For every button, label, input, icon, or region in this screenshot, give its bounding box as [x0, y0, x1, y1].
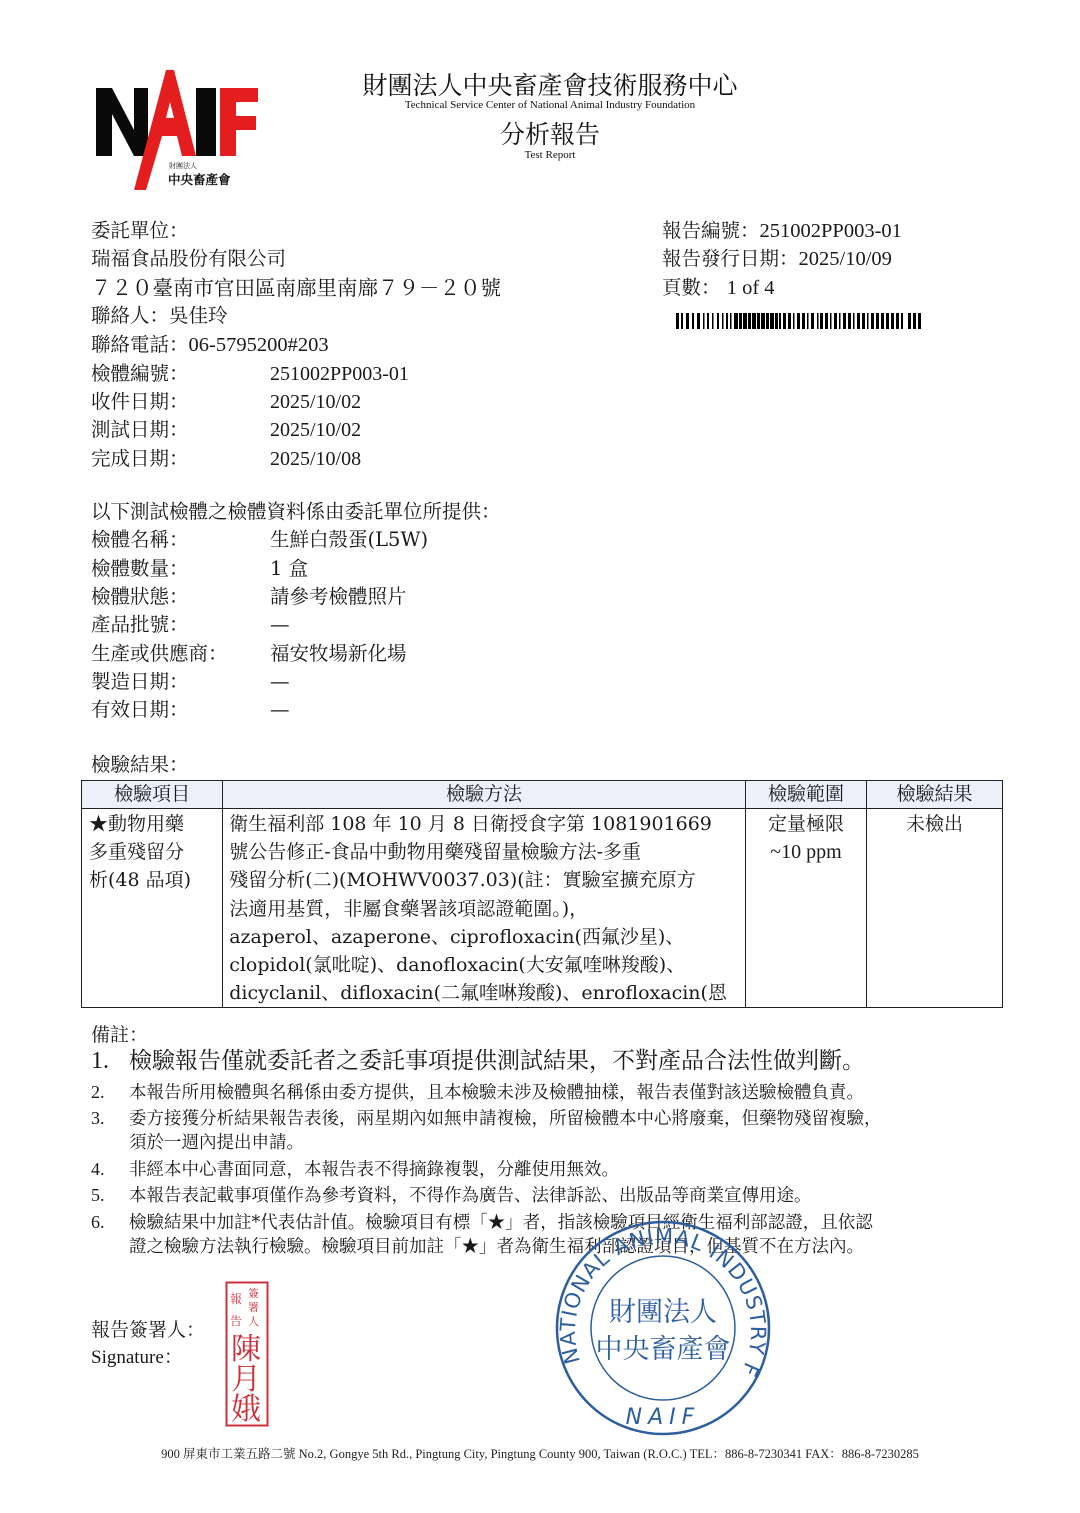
method-line: 殘留分析(二)(MOHWV0037.03)(註：實驗室擴充原方: [229, 866, 739, 894]
cell-result: 未檢出: [867, 809, 1003, 1008]
provided-field: 檢體數量： 1 盒: [91, 555, 591, 583]
method-line: clopidol(氯吡啶)、danofloxacin(大安氟喹啉羧酸)、: [229, 951, 739, 979]
contact-label: 聯絡人：: [91, 304, 169, 327]
provided-field-value: 1 盒: [270, 555, 308, 583]
svg-text:NAIF: NAIF: [626, 1405, 701, 1430]
sample-info-label: 測試日期：: [91, 418, 189, 441]
svg-text:報: 報: [230, 1291, 242, 1306]
report-pages: 頁數： 1 of 4: [662, 274, 775, 302]
client-company: 瑞福食品股份有限公司: [91, 245, 286, 273]
provided-field: 生產或供應商： 福安牧場新化場: [91, 640, 591, 668]
footer-address: 900 屏東市工業五路二號 No.2, Gongye 5th Rd., Ping…: [0, 1444, 1080, 1462]
report-number-label: 報告編號：: [662, 219, 760, 242]
cell-item: ★動物用藥 多重殘留分 析(48 品項): [82, 809, 223, 1008]
note-text: 委方接獲分析結果報告表後，兩星期內如無申請複檢，所留檢體本中心將廢棄，但藥物殘留…: [129, 1109, 882, 1129]
report-number: 報告編號：251002PP003-01: [662, 217, 902, 245]
svg-text:財團法人: 財團法人: [169, 161, 197, 170]
sample-info-value: 251002PP003-01: [270, 360, 409, 388]
client-label: 委託單位：: [91, 217, 189, 245]
col-header-range: 檢驗範圍: [745, 781, 866, 809]
svg-text:娥: 娥: [231, 1392, 261, 1427]
range-line: 定量極限: [752, 810, 860, 838]
sample-info-label: 完成日期：: [91, 447, 189, 470]
table-row: ★動物用藥 多重殘留分 析(48 品項) 衛生福利部 108 年 10 月 8 …: [82, 809, 1003, 1008]
cell-method: 衛生福利部 108 年 10 月 8 日衛授食字第 1081901669 號公告…: [223, 809, 746, 1008]
provided-field-label: 製造日期：: [91, 670, 189, 693]
note-number: 4.: [91, 1157, 129, 1181]
pages-value: 1 of 4: [727, 277, 775, 299]
sample-info-label: 收件日期：: [91, 390, 189, 413]
note-number: 6.: [91, 1210, 129, 1234]
signature-label-en: Signature：: [91, 1342, 183, 1369]
provided-field-label: 檢體名稱：: [91, 528, 189, 551]
phone-value: 06-5795200#203: [189, 334, 329, 356]
results-title: 檢驗結果：: [91, 751, 189, 779]
note-text: 非經本中心書面同意，本報告表不得摘錄複製，分離使用無效。: [129, 1160, 619, 1180]
svg-text:中央畜產會: 中央畜產會: [168, 172, 231, 187]
note-item: 2.本報告所用檢體與名稱係由委方提供，且本檢驗未涉及檢體抽樣，報告表僅對該送驗檢…: [91, 1080, 864, 1105]
result-value: 未檢出: [873, 810, 996, 838]
note-item: 5.本報告表記載事項僅作為參考資料，不得作為廣告、法律訴訟、出版品等商業宣傳用途…: [91, 1183, 812, 1208]
client-phone: 聯絡電話：06-5795200#203: [91, 331, 329, 359]
phone-label: 聯絡電話：: [91, 333, 189, 356]
item-line: 多重殘留分: [89, 838, 216, 866]
barcode: [676, 313, 924, 329]
provided-field-value: —: [270, 668, 290, 696]
note-item: 4.非經本中心書面同意，本報告表不得摘錄複製，分離使用無效。: [91, 1157, 619, 1182]
report-title-zh: 分析報告: [330, 115, 770, 151]
provided-field: 檢體名稱： 生鮮白殼蛋(L5W): [91, 526, 591, 554]
naif-logo: 財團法人 中央畜產會: [96, 68, 261, 190]
provided-field-value: 請參考檢體照片: [270, 583, 407, 611]
sample-info-value: 2025/10/02: [270, 388, 361, 416]
provided-field-value: —: [270, 611, 290, 639]
provided-field: 製造日期： —: [91, 668, 591, 696]
note-number: 3.: [91, 1106, 129, 1130]
report-number-value: 251002PP003-01: [760, 220, 902, 242]
sample-info-value: 2025/10/08: [270, 445, 361, 473]
contact-name: 吳佳玲: [169, 304, 228, 327]
method-line: azaperol、azaperone、ciprofloxacin(西氟沙星)、: [229, 923, 739, 951]
sample-info-row: 檢體編號： 251002PP003-01: [91, 360, 591, 388]
pages-label: 頁數：: [662, 276, 721, 299]
sample-info-value: 2025/10/02: [270, 416, 361, 444]
table-header-row: 檢驗項目 檢驗方法 檢驗範圍 檢驗結果: [82, 781, 1003, 809]
note-number: 5.: [91, 1183, 129, 1207]
provided-field-value: —: [270, 696, 290, 724]
report-issue-date: 報告發行日期：2025/10/09: [662, 245, 892, 273]
provided-field-label: 檢體數量：: [91, 557, 189, 580]
sample-info-row: 收件日期： 2025/10/02: [91, 388, 591, 416]
method-line: 衛生福利部 108 年 10 月 8 日衛授食字第 1081901669: [229, 810, 739, 838]
note-item: 1.檢驗報告僅就委託者之委託事項提供測試結果，不對產品合法性做判斷。: [91, 1046, 865, 1076]
provided-field: 檢體狀態： 請參考檢體照片: [91, 583, 591, 611]
note-item: 3.委方接獲分析結果報告表後，兩星期內如無申請複檢，所留檢體本中心將廢棄，但藥物…: [91, 1106, 882, 1155]
provided-intro: 以下測試檢體之檢體資料係由委託單位所提供：: [91, 498, 501, 526]
provided-field: 有效日期： —: [91, 696, 591, 724]
item-line: 析(48 品項): [89, 866, 216, 894]
sample-info-label: 檢體編號：: [91, 362, 189, 385]
report-title-en: Test Report: [330, 149, 770, 161]
client-address: ７２０臺南市官田區南廍里南廍７９－２０號: [91, 274, 501, 302]
provided-field-value: 福安牧場新化場: [270, 640, 407, 668]
issue-date-label: 報告發行日期：: [662, 247, 799, 270]
provided-field-value: 生鮮白殼蛋(L5W): [270, 526, 428, 554]
org-name-en: Technical Service Center of National Ani…: [330, 99, 770, 111]
svg-text:財團法人: 財團法人: [609, 1297, 717, 1328]
method-line: 法適用基質，非屬食藥署該項認證範圍。)，: [229, 895, 739, 923]
issue-date-value: 2025/10/09: [799, 248, 892, 270]
svg-text:人: 人: [248, 1315, 259, 1328]
method-line: 號公告修正-食品中動物用藥殘留量檢驗方法-多重: [229, 838, 739, 866]
client-contact: 聯絡人：吳佳玲: [91, 302, 228, 330]
note-text-cont: 須於一週內提出申請。: [91, 1131, 882, 1155]
org-name-zh: 財團法人中央畜產會技術服務中心: [330, 66, 770, 102]
note-text: 本報告表記載事項僅作為參考資料，不得作為廣告、法律訴訟、出版品等商業宣傳用途。: [129, 1186, 812, 1206]
note-text: 本報告所用檢體與名稱係由委方提供，且本檢驗未涉及檢體抽樣，報告表僅對該送驗檢體負…: [129, 1083, 864, 1103]
provided-field-label: 生產或供應商：: [91, 642, 228, 665]
signature-label-zh: 報告簽署人：: [91, 1315, 205, 1342]
organization-seal-stamp: NATIONAL ANIMAL INDUSTRY FOUNDATION NAIF…: [553, 1218, 773, 1438]
note-number: 1.: [91, 1046, 129, 1076]
results-table: 檢驗項目 檢驗方法 檢驗範圍 檢驗結果 ★動物用藥 多重殘留分 析(48 品項)…: [81, 780, 1003, 1008]
sample-info-row: 完成日期： 2025/10/08: [91, 445, 591, 473]
col-header-result: 檢驗結果: [867, 781, 1003, 809]
barcode-icon: [676, 313, 924, 329]
svg-text:署: 署: [248, 1301, 259, 1314]
provided-field-label: 有效日期：: [91, 698, 189, 721]
svg-text:告: 告: [230, 1313, 242, 1328]
cell-range: 定量極限 ~10 ppm: [745, 809, 866, 1008]
svg-text:簽: 簽: [248, 1287, 259, 1300]
organization-seal-icon: NATIONAL ANIMAL INDUSTRY FOUNDATION NAIF…: [553, 1218, 773, 1438]
col-header-item: 檢驗項目: [82, 781, 223, 809]
method-line: dicyclanil、difloxacin(二氟喹啉羧酸)、enrofloxac…: [229, 979, 739, 1007]
item-line: ★動物用藥: [89, 810, 216, 838]
svg-text:中央畜產會: 中央畜產會: [596, 1334, 731, 1365]
note-number: 2.: [91, 1080, 129, 1104]
range-line: ~10 ppm: [752, 838, 860, 866]
provided-field: 產品批號： —: [91, 611, 591, 639]
col-header-method: 檢驗方法: [223, 781, 746, 809]
provided-field-label: 產品批號：: [91, 613, 189, 636]
naif-logo-icon: 財團法人 中央畜產會: [96, 68, 261, 190]
personal-seal-stamp: 簽 署 人 報 告 陳 月 娥: [225, 1281, 269, 1427]
personal-seal-icon: 簽 署 人 報 告 陳 月 娥: [225, 1281, 269, 1427]
provided-field-label: 檢體狀態：: [91, 585, 189, 608]
sample-info-row: 測試日期： 2025/10/02: [91, 416, 591, 444]
notes-title: 備註：: [91, 1020, 148, 1047]
note-text: 檢驗報告僅就委託者之委託事項提供測試結果，不對產品合法性做判斷。: [129, 1048, 865, 1074]
